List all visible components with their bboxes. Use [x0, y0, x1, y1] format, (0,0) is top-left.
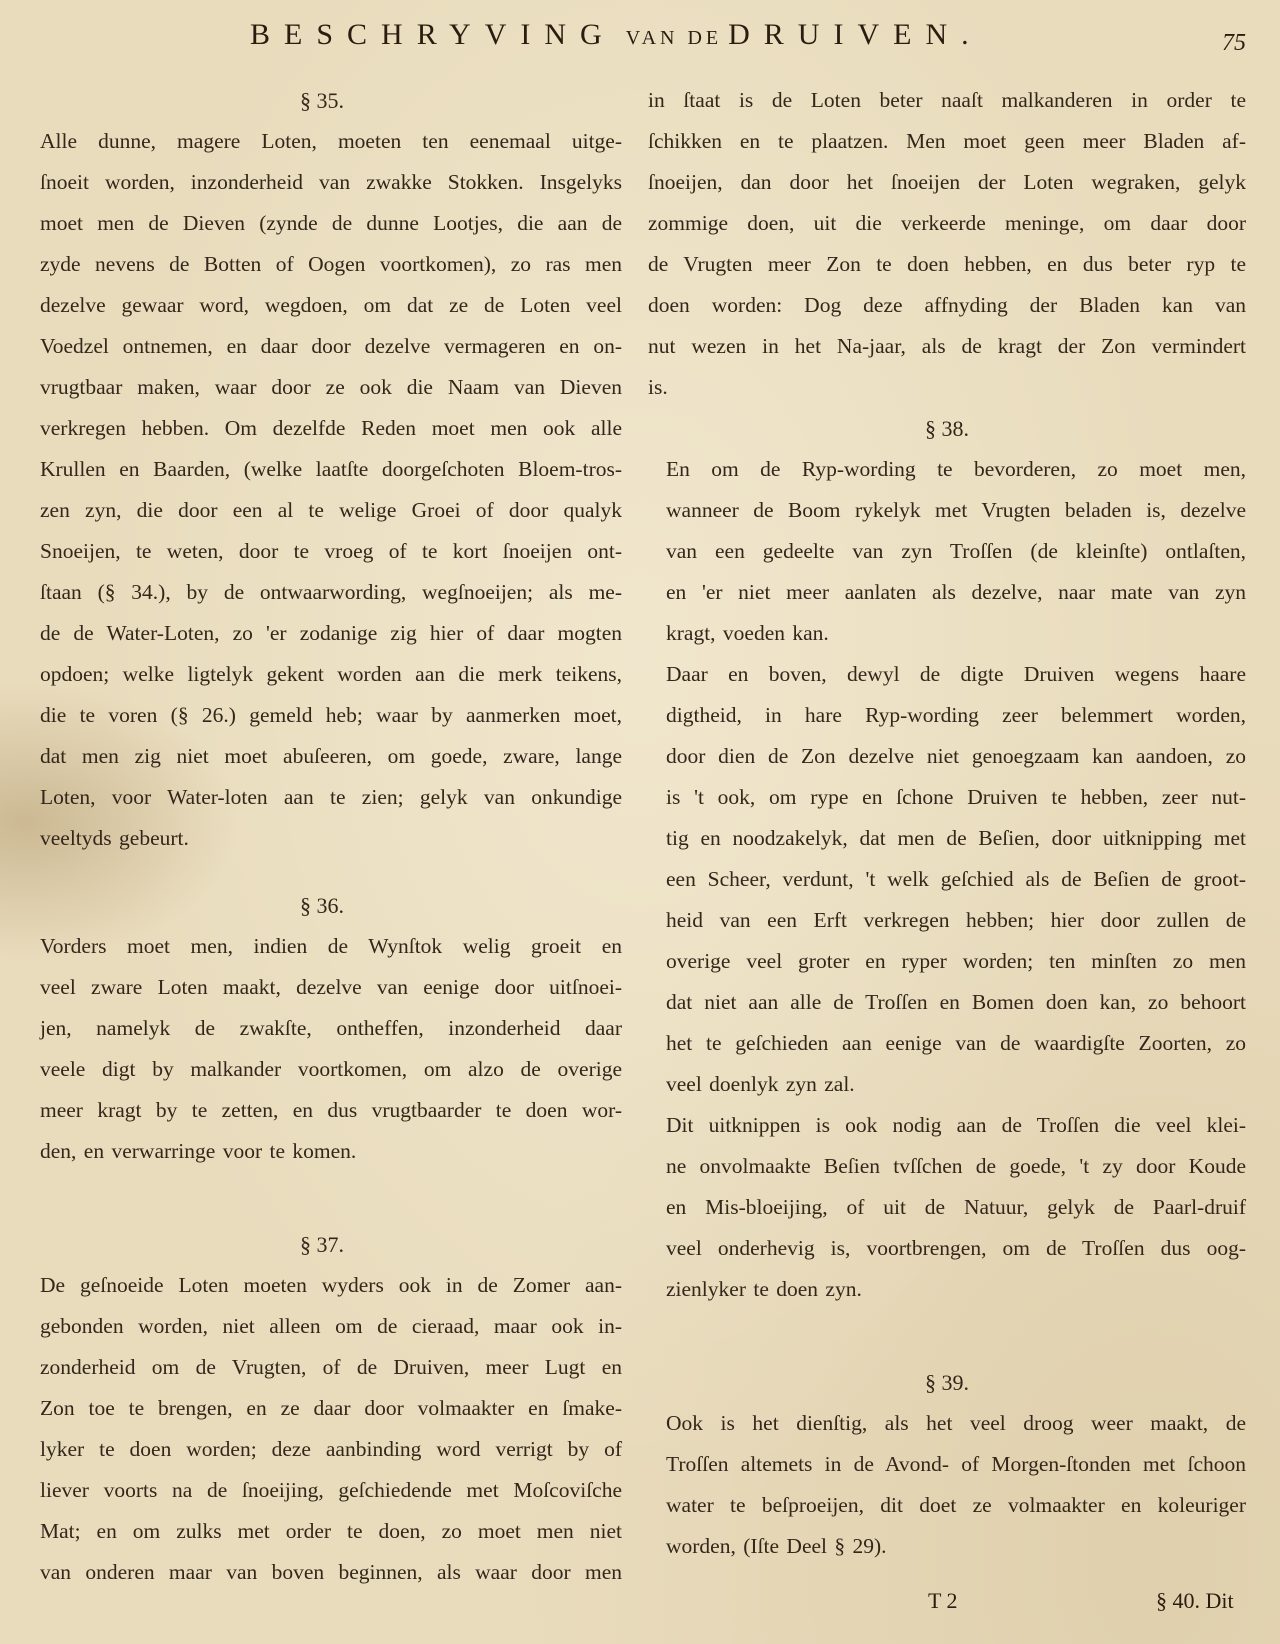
text-line: Krullen en Baarden, (welke laatſte doorg… [22, 449, 622, 490]
catchword: § 40. Dit [1156, 1588, 1234, 1614]
text-line: het te geſchieden aan eenige van de waar… [648, 1023, 1246, 1064]
left-column: § 35. Alle dunne, magere Loten, moeten t… [22, 80, 622, 1593]
paragraph-39: Ook is het dienſtig, als het veel droog … [648, 1403, 1246, 1567]
text-line: veel zware Loten maakt, dezelve van eeni… [22, 967, 622, 1008]
text-line: lyker te doen worden; deze aanbinding wo… [22, 1429, 622, 1470]
paragraph-37: De geſnoeide Loten moeten wyders ook in … [22, 1265, 622, 1593]
text-line: dat men zig niet moet abuſeeren, om goed… [22, 736, 622, 777]
text-line: moet men de Dieven (zynde de dunne Lootj… [22, 203, 622, 244]
text-line: overige veel groter en ryper worden; ten… [648, 941, 1246, 982]
text-line: veele digt by malkander voortkomen, om a… [22, 1049, 622, 1090]
text-line: Dit uitknippen is ook nodig aan de Troſſ… [648, 1105, 1246, 1146]
spacer [22, 859, 622, 885]
signature-mark: T 2 [928, 1588, 958, 1614]
text-line: veel onderhevig is, voortbrengen, om de … [648, 1228, 1246, 1269]
text-line: door dien de Zon dezelve niet genoegzaam… [648, 736, 1246, 777]
text-line: Snoeijen, te weten, door te vroeg of te … [22, 531, 622, 572]
text-line: Vorders moet men, indien de Wynſtok weli… [22, 926, 622, 967]
running-head-small: VAN DE [626, 27, 722, 49]
text-line: zienlyker te doen zyn. [648, 1269, 1246, 1310]
text-line: meer kragt by te zetten, en dus vrugtbaa… [22, 1090, 622, 1131]
paragraph-38a: En om de Ryp-wording te bevorderen, zo m… [648, 449, 1246, 654]
text-line: nut wezen in het Na-jaar, als de kragt d… [648, 326, 1246, 367]
text-line: en Mis-bloeijing, of uit de Natuur, gely… [648, 1187, 1246, 1228]
text-line: heid van een Erft verkregen hebben; hier… [648, 900, 1246, 941]
text-line: gebonden worden, niet alleen om de ciera… [22, 1306, 622, 1347]
text-line: ſnoeit worden, inzonderheid van zwakke S… [22, 162, 622, 203]
spacer [648, 1310, 1246, 1362]
paragraph-35: Alle dunne, magere Loten, moeten ten een… [22, 121, 622, 859]
running-head-part2: DRUIVEN. [728, 18, 983, 51]
text-line: Mat; en om zulks met order te doen, zo m… [22, 1511, 622, 1552]
text-line: tig en noodzakelyk, dat men de Beſien, d… [648, 818, 1246, 859]
text-line: een Scheer, verdunt, 't welk geſchied al… [648, 859, 1246, 900]
text-line: worden, (Iſte Deel § 29). [648, 1526, 1246, 1567]
text-line: Zon toe te brengen, en ze daar door volm… [22, 1388, 622, 1429]
text-line: den, en verwarringe voor te komen. [22, 1131, 622, 1172]
text-line: ſnoeijen, dan door het ſnoeijen der Lote… [648, 162, 1246, 203]
text-line: van een gedeelte van zyn Troſſen (de kle… [648, 531, 1246, 572]
text-line: en 'er niet meer aanlaten als dezelve, n… [648, 572, 1246, 613]
section-heading-38: § 38. [648, 408, 1246, 449]
section-heading-39: § 39. [648, 1362, 1246, 1403]
text-line: veel doenlyk zyn zal. [648, 1064, 1246, 1105]
text-line: Daar en boven, dewyl de digte Druiven we… [648, 654, 1246, 695]
text-line: de de Water-Loten, zo 'er zodanige zig h… [22, 613, 622, 654]
text-line: zyde nevens de Botten of Oogen voortkome… [22, 244, 622, 285]
text-line: vrugtbaar maken, waar door ze ook die Na… [22, 367, 622, 408]
paragraph-38b: Daar en boven, dewyl de digte Druiven we… [648, 654, 1246, 1105]
text-line: jen, namelyk de zwakſte, ontheffen, inzo… [22, 1008, 622, 1049]
text-line: in ſtaat is de Loten beter naaſt malkand… [648, 80, 1246, 121]
text-line: Alle dunne, magere Loten, moeten ten een… [22, 121, 622, 162]
text-line: ſtaan (§ 34.), by de ontwaarwording, weg… [22, 572, 622, 613]
text-line: water te beſproeijen, dit doet ze volmaa… [648, 1485, 1246, 1526]
text-line: van onderen maar van boven beginnen, als… [22, 1552, 622, 1593]
book-page: BESCHRYVINGVAN DEDRUIVEN. 75 § 35. Alle … [0, 0, 1280, 1644]
text-line: zommige doen, uit die verkeerde meninge,… [648, 203, 1246, 244]
text-line: verkregen hebben. Om dezelfde Reden moet… [22, 408, 622, 449]
text-line: is 't ook, om rype en ſchone Druiven te … [648, 777, 1246, 818]
spacer [22, 1172, 622, 1224]
text-line: Voedzel ontnemen, en daar door dezelve v… [22, 326, 622, 367]
text-line: Loten, voor Water-loten aan te zien; gel… [22, 777, 622, 818]
text-line: Ook is het dienſtig, als het veel droog … [648, 1403, 1246, 1444]
text-line: doen worden: Dog deze affnyding der Blad… [648, 285, 1246, 326]
text-line: digtheid, in hare Ryp-wording zeer belem… [648, 695, 1246, 736]
text-line: dezelve gewaar word, wegdoen, om dat ze … [22, 285, 622, 326]
text-line: die te voren (§ 26.) gemeld heb; waar by… [22, 695, 622, 736]
running-head: BESCHRYVINGVAN DEDRUIVEN. [250, 18, 983, 52]
paragraph-37-continued: in ſtaat is de Loten beter naaſt malkand… [648, 80, 1246, 408]
text-line: zen zyn, die door een al te welige Groei… [22, 490, 622, 531]
text-line: liever voorts na de ſnoeijing, geſchiede… [22, 1470, 622, 1511]
text-line: opdoen; welke ligtelyk gekent worden aan… [22, 654, 622, 695]
text-line: ne onvolmaakte Beſien tvſſchen de goede,… [648, 1146, 1246, 1187]
right-column: in ſtaat is de Loten beter naaſt malkand… [648, 80, 1246, 1567]
text-line: dat niet aan alle de Troſſen en Bomen do… [648, 982, 1246, 1023]
text-line: wanneer de Boom rykelyk met Vrugten bela… [648, 490, 1246, 531]
text-line: is. [648, 367, 1246, 408]
text-line: veeltyds gebeurt. [22, 818, 622, 859]
page-number: 75 [1222, 30, 1246, 57]
text-line: de Vrugten meer Zon te doen hebben, en d… [648, 244, 1246, 285]
text-line: kragt, voeden kan. [648, 613, 1246, 654]
paragraph-36: Vorders moet men, indien de Wynſtok weli… [22, 926, 622, 1172]
text-line: ſchikken en te plaatzen. Men moet geen m… [648, 121, 1246, 162]
text-line: zonderheid om de Vrugten, of de Druiven,… [22, 1347, 622, 1388]
text-line: De geſnoeide Loten moeten wyders ook in … [22, 1265, 622, 1306]
section-heading-37: § 37. [22, 1224, 622, 1265]
text-line: Troſſen altemets in de Avond- of Morgen-… [648, 1444, 1246, 1485]
section-heading-36: § 36. [22, 885, 622, 926]
text-line: En om de Ryp-wording te bevorderen, zo m… [648, 449, 1246, 490]
section-heading-35: § 35. [22, 80, 622, 121]
running-head-part1: BESCHRYVING [250, 18, 616, 51]
paragraph-38c: Dit uitknippen is ook nodig aan de Troſſ… [648, 1105, 1246, 1310]
